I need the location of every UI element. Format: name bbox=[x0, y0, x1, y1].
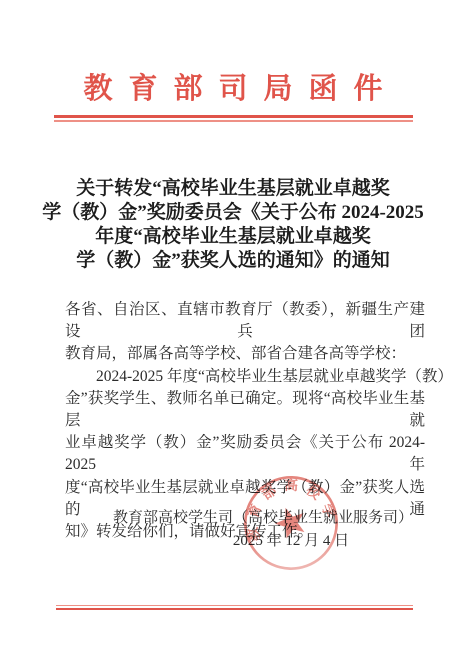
body-line: 2024-2025 年度“高校毕业生基层就业卓越奖学（教） bbox=[65, 366, 425, 388]
document-title-line: 年度“高校毕业生基层就业卓越奖 bbox=[0, 225, 466, 249]
signature-block: 教育部高校学生司（高校毕业生就业服务司） 2025 年 12 月 4 日 bbox=[113, 507, 413, 552]
letterhead-title: 教育部司局函件 bbox=[0, 72, 466, 106]
document-title-line: 学（教）金”奖励委员会《关于公布 2024-2025 bbox=[0, 201, 466, 225]
document-page: 教育部司局函件 关于转发“高校毕业生基层就业卓越奖 学（教）金”奖励委员会《关于… bbox=[0, 0, 466, 657]
body-line: 教育局，部属各高等学校、部省合建各高等学校： bbox=[65, 343, 425, 365]
letterhead-rule bbox=[54, 115, 413, 122]
body-line: 金”获奖学生、教师名单已确定。现将“高校毕业生基层就 bbox=[65, 388, 425, 432]
document-title: 关于转发“高校毕业生基层就业卓越奖 学（教）金”奖励委员会《关于公布 2024-… bbox=[0, 177, 466, 273]
signature-department: 教育部高校学生司（高校毕业生就业服务司） bbox=[113, 507, 413, 529]
body-line: 各省、自治区、直辖市教育厅（教委），新疆生产建设兵团 bbox=[65, 299, 425, 343]
footer-rule bbox=[56, 605, 413, 610]
body-line: 业卓越奖学（教）金”奖励委员会《关于公布 2024-2025 年 bbox=[65, 432, 425, 476]
signature-date: 2025 年 12 月 4 日 bbox=[113, 530, 413, 552]
document-title-line: 关于转发“高校毕业生基层就业卓越奖 bbox=[0, 177, 466, 201]
document-title-line: 学（教）金”获奖人选的通知》的通知 bbox=[0, 249, 466, 273]
